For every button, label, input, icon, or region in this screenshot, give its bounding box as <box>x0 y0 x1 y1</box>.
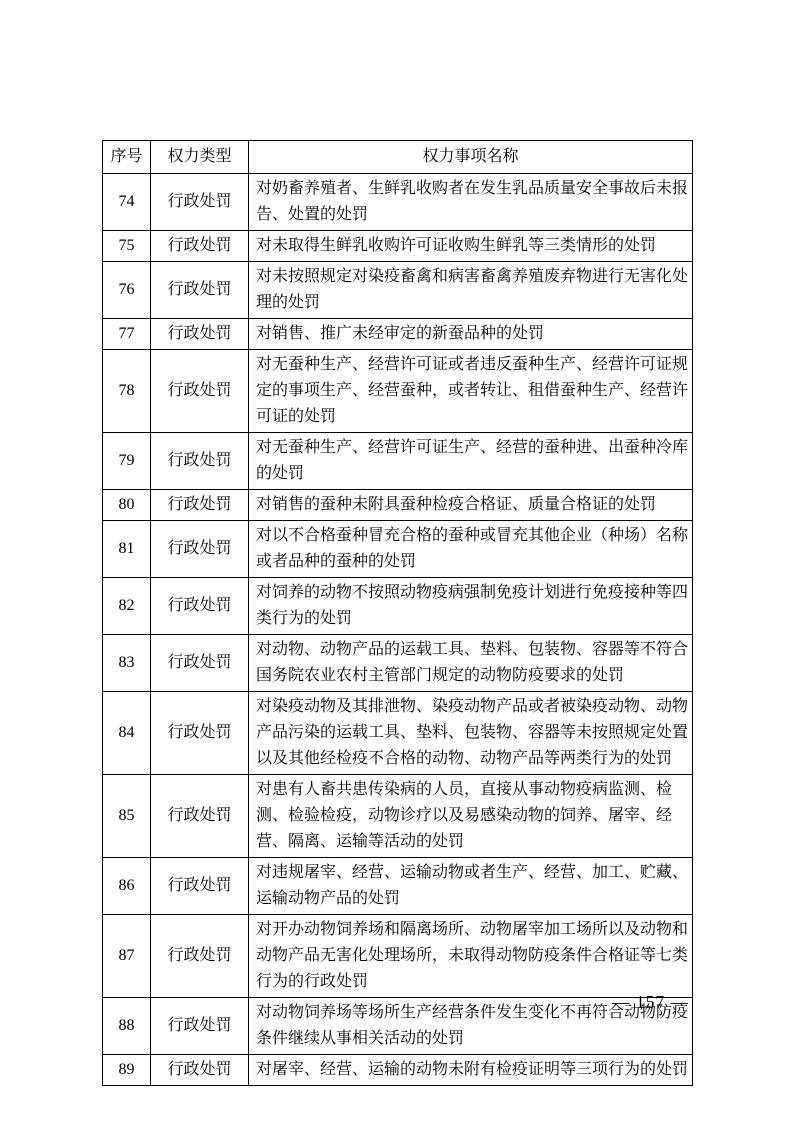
table-row: 75行政处罚对未取得生鲜乳收购许可证收购生鲜乳等三类情形的处罚 <box>103 231 693 262</box>
table-row: 84行政处罚对染疫动物及其排泄物、染疫动物产品或者被染疫动物、动物产品污染的运载… <box>103 692 693 775</box>
serial-number-cell: 74 <box>103 174 151 231</box>
power-items-table: 序号 权力类型 权力事项名称 74行政处罚对奶畜养殖者、生鲜乳收购者在发生乳品质… <box>102 140 693 1086</box>
power-item-name-cell: 对奶畜养殖者、生鲜乳收购者在发生乳品质量安全事故后未报告、处置的处罚 <box>249 174 693 231</box>
table-row: 83行政处罚对动物、动物产品的运载工具、垫料、包装物、容器等不符合国务院农业农村… <box>103 635 693 692</box>
table-row: 76行政处罚对未按照规定对染疫畜禽和病害畜禽养殖废弃物进行无害化处理的处罚 <box>103 262 693 319</box>
power-type-cell: 行政处罚 <box>151 775 249 858</box>
serial-number-cell: 78 <box>103 350 151 433</box>
power-item-name-cell: 对无蚕种生产、经营许可证生产、经营的蚕种进、出蚕种冷库的处罚 <box>249 433 693 490</box>
serial-number-cell: 83 <box>103 635 151 692</box>
serial-number-cell: 87 <box>103 915 151 998</box>
power-type-cell: 行政处罚 <box>151 915 249 998</box>
power-item-name-cell: 对患有人畜共患传染病的人员，直接从事动物疫病监测、检测、检验检疫，动物诊疗以及易… <box>249 775 693 858</box>
power-type-cell: 行政处罚 <box>151 1055 249 1086</box>
table-row: 79行政处罚对无蚕种生产、经营许可证生产、经营的蚕种进、出蚕种冷库的处罚 <box>103 433 693 490</box>
power-item-name-cell: 对销售、推广未经审定的新蚕品种的处罚 <box>249 319 693 350</box>
power-item-name-cell: 对销售的蚕种未附具蚕种检疫合格证、质量合格证的处罚 <box>249 490 693 521</box>
serial-number-cell: 89 <box>103 1055 151 1086</box>
power-item-name-cell: 对屠宰、经营、运输的动物未附有检疫证明等三项行为的处罚 <box>249 1055 693 1086</box>
serial-number-cell: 81 <box>103 521 151 578</box>
power-type-cell: 行政处罚 <box>151 858 249 915</box>
header-power-type: 权力类型 <box>151 141 249 174</box>
serial-number-cell: 80 <box>103 490 151 521</box>
power-type-cell: 行政处罚 <box>151 521 249 578</box>
table-row: 82行政处罚对饲养的动物不按照动物疫病强制免疫计划进行免疫接种等四类行为的处罚 <box>103 578 693 635</box>
table-row: 74行政处罚对奶畜养殖者、生鲜乳收购者在发生乳品质量安全事故后未报告、处置的处罚 <box>103 174 693 231</box>
power-type-cell: 行政处罚 <box>151 490 249 521</box>
power-item-name-cell: 对开办动物饲养场和隔离场所、动物屠宰加工场所以及动物和动物产品无害化处理场所，未… <box>249 915 693 998</box>
serial-number-cell: 76 <box>103 262 151 319</box>
header-power-item-name: 权力事项名称 <box>249 141 693 174</box>
table-row: 88行政处罚对动物饲养场等场所生产经营条件发生变化不再符合动物防疫条件继续从事相… <box>103 998 693 1055</box>
power-type-cell: 行政处罚 <box>151 635 249 692</box>
table-row: 80行政处罚对销售的蚕种未附具蚕种检疫合格证、质量合格证的处罚 <box>103 490 693 521</box>
power-type-cell: 行政处罚 <box>151 578 249 635</box>
table-row: 78行政处罚对无蚕种生产、经营许可证或者违反蚕种生产、经营许可证规定的事项生产、… <box>103 350 693 433</box>
header-row: 序号 权力类型 权力事项名称 <box>103 141 693 174</box>
table-row: 86行政处罚对违规屠宰、经营、运输动物或者生产、经营、加工、贮藏、运输动物产品的… <box>103 858 693 915</box>
table-row: 87行政处罚对开办动物饲养场和隔离场所、动物屠宰加工场所以及动物和动物产品无害化… <box>103 915 693 998</box>
serial-number-cell: 85 <box>103 775 151 858</box>
table-row: 85行政处罚对患有人畜共患传染病的人员，直接从事动物疫病监测、检测、检验检疫，动… <box>103 775 693 858</box>
power-type-cell: 行政处罚 <box>151 350 249 433</box>
table-row: 81行政处罚对以不合格蚕种冒充合格的蚕种或冒充其他企业（种场）名称或者品种的蚕种… <box>103 521 693 578</box>
table-row: 77行政处罚对销售、推广未经审定的新蚕品种的处罚 <box>103 319 693 350</box>
power-type-cell: 行政处罚 <box>151 319 249 350</box>
table-row: 89行政处罚对屠宰、经营、运输的动物未附有检疫证明等三项行为的处罚 <box>103 1055 693 1086</box>
page-number: — 157 — <box>612 992 689 1013</box>
serial-number-cell: 82 <box>103 578 151 635</box>
serial-number-cell: 79 <box>103 433 151 490</box>
serial-number-cell: 86 <box>103 858 151 915</box>
power-item-name-cell: 对染疫动物及其排泄物、染疫动物产品或者被染疫动物、动物产品污染的运载工具、垫料、… <box>249 692 693 775</box>
document-page: 序号 权力类型 权力事项名称 74行政处罚对奶畜养殖者、生鲜乳收购者在发生乳品质… <box>0 0 793 1122</box>
power-item-name-cell: 对无蚕种生产、经营许可证或者违反蚕种生产、经营许可证规定的事项生产、经营蚕种，或… <box>249 350 693 433</box>
power-type-cell: 行政处罚 <box>151 262 249 319</box>
power-type-cell: 行政处罚 <box>151 433 249 490</box>
power-type-cell: 行政处罚 <box>151 998 249 1055</box>
power-item-name-cell: 对动物、动物产品的运载工具、垫料、包装物、容器等不符合国务院农业农村主管部门规定… <box>249 635 693 692</box>
serial-number-cell: 77 <box>103 319 151 350</box>
serial-number-cell: 75 <box>103 231 151 262</box>
power-item-name-cell: 对未按照规定对染疫畜禽和病害畜禽养殖废弃物进行无害化处理的处罚 <box>249 262 693 319</box>
power-item-name-cell: 对违规屠宰、经营、运输动物或者生产、经营、加工、贮藏、运输动物产品的处罚 <box>249 858 693 915</box>
power-item-name-cell: 对未取得生鲜乳收购许可证收购生鲜乳等三类情形的处罚 <box>249 231 693 262</box>
power-item-name-cell: 对以不合格蚕种冒充合格的蚕种或冒充其他企业（种场）名称或者品种的蚕种的处罚 <box>249 521 693 578</box>
power-type-cell: 行政处罚 <box>151 692 249 775</box>
table-body: 74行政处罚对奶畜养殖者、生鲜乳收购者在发生乳品质量安全事故后未报告、处置的处罚… <box>103 174 693 1086</box>
serial-number-cell: 84 <box>103 692 151 775</box>
serial-number-cell: 88 <box>103 998 151 1055</box>
power-type-cell: 行政处罚 <box>151 231 249 262</box>
power-type-cell: 行政处罚 <box>151 174 249 231</box>
header-serial-number: 序号 <box>103 141 151 174</box>
power-item-name-cell: 对饲养的动物不按照动物疫病强制免疫计划进行免疫接种等四类行为的处罚 <box>249 578 693 635</box>
table-header: 序号 权力类型 权力事项名称 <box>103 141 693 174</box>
